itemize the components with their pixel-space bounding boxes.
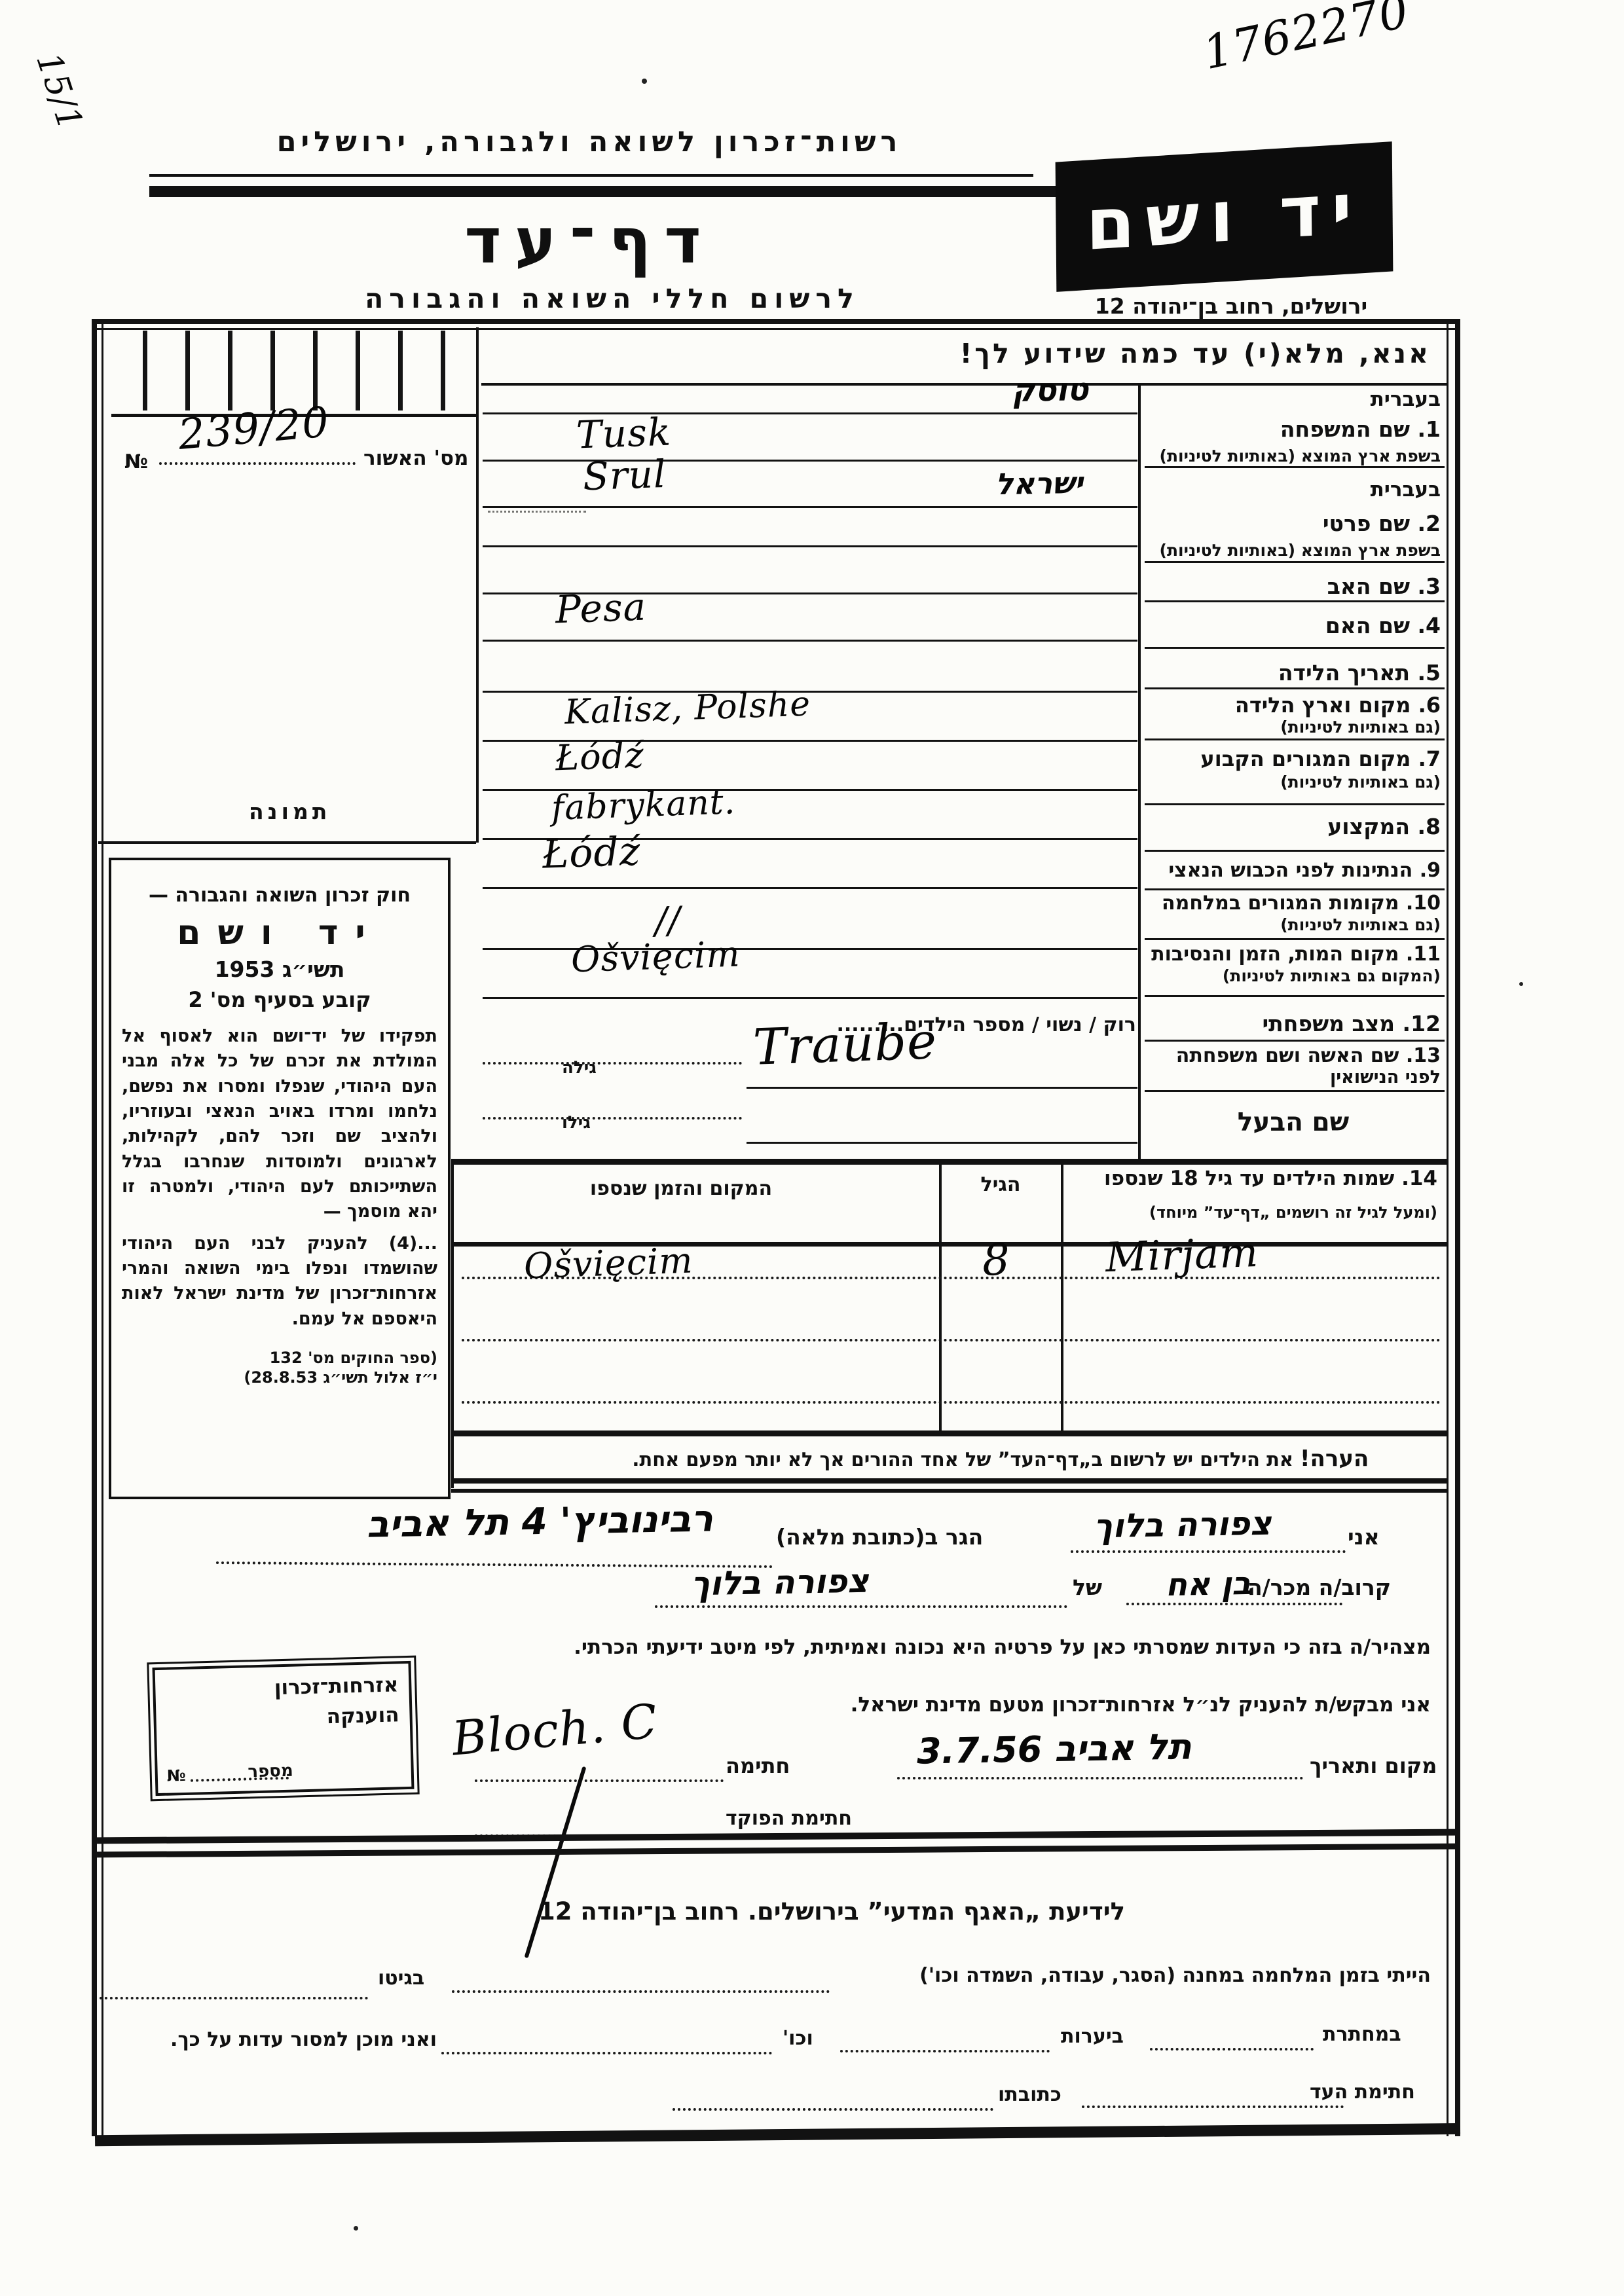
footer-underground-dotline [1150, 2048, 1314, 2050]
footer-ghetto-label: בגיטו [378, 1967, 424, 1990]
place-date-label: מקום ותאריך [1310, 1753, 1437, 1778]
label-separator [1145, 1090, 1445, 1092]
registrar-signature-label: חתימת הפוקד [726, 1807, 852, 1830]
witness-name-dotline [1071, 1550, 1346, 1553]
residence-entry: Łódź [555, 735, 645, 779]
stamp-line2: הוענקה [326, 1703, 399, 1728]
child-death-place-entry: Ošvięcim [523, 1240, 693, 1287]
entry-line [483, 545, 1137, 547]
photo-placeholder-label: תמונה [249, 799, 331, 824]
mother-name-entry: Pesa [555, 585, 647, 632]
declaration-i-label: אני [1348, 1524, 1380, 1550]
registrar-slash-mark [525, 1766, 587, 1958]
field9-label: 9. הנתינות לפני הכבוש הנאצי [1146, 859, 1441, 882]
law-year: תשי״ג 1953 [111, 957, 448, 982]
corner-scribble: 15/1 [28, 48, 90, 135]
declaration-statement: מצהיר/ה בזה כי העדות שמסרתי כאן על פרטיה… [462, 1635, 1431, 1659]
footer-title: לידיעת „האגף המדעי” בירושלים. רחוב בן־יה… [393, 1897, 1270, 1925]
law-source-line2: י״ז אלול תשי״ג 28.8.53) [122, 1368, 437, 1387]
law-title: חוק זכרון השואה והגבורה — [120, 884, 439, 907]
family-name-latin-entry: Tusk [576, 409, 672, 457]
child-age-entry: 8 [982, 1234, 1012, 1285]
victim-name-dotline [655, 1605, 1067, 1608]
children-table-top [451, 1159, 1447, 1165]
family-name-hebrew-entry: טוסק [1012, 371, 1089, 409]
label-separator [1145, 738, 1445, 740]
law-excerpt-box: חוק זכרון השואה והגבורה — יד ושם תשי״ג 1… [109, 858, 451, 1499]
note-bottom-rule-outer [451, 1478, 1447, 1484]
yad-vashem-logo-text: יד ושם [1086, 168, 1363, 266]
photo-box-bottom [98, 841, 476, 844]
field2-label: 2. שם פרטי [1146, 511, 1441, 536]
scan-speck [1519, 982, 1523, 986]
signature-dotline [475, 1779, 724, 1782]
children-table-left [451, 1159, 454, 1488]
children-age-column-header: הגיל [943, 1173, 1058, 1196]
place-date-dotline [897, 1777, 1303, 1779]
form-title: דף־עד [419, 204, 760, 278]
entry-line [483, 460, 1137, 462]
frame-right-inner [1447, 319, 1449, 2136]
witness-address-dotline [216, 1561, 773, 1568]
field11-sub-label: (המקום גם באותיות לטיניות) [1146, 966, 1441, 985]
birth-place-entry: Kalisz, Polshe [564, 684, 811, 732]
scan-speck [354, 2226, 358, 2231]
label-separator [1145, 600, 1445, 602]
law-source-line1: (ספר החוקים מס' 132 [122, 1349, 437, 1367]
note-bottom-rule-inner [451, 1489, 1447, 1493]
first-name-hebrew-entry: ישראל [995, 465, 1084, 501]
law-yad-vashem: יד ושם [111, 913, 448, 953]
footer-ghetto-dotline [100, 1997, 368, 1999]
field2-lang-label: בעברית [1146, 478, 1441, 501]
stray-mark [488, 511, 586, 513]
relation-entry: בן אח [1166, 1565, 1251, 1603]
field1-lang-label: בעברית [1146, 388, 1441, 411]
children-table-bottom [451, 1430, 1447, 1436]
form-subtitle: לרשום חללי השואה והגבורה [341, 283, 884, 314]
stamp-line1: אזרחות־זכרון [274, 1673, 398, 1700]
field7-label: 7. מקום המגורים הקבוע [1146, 746, 1441, 771]
footer-etc-dotline [441, 2052, 772, 2054]
place-date-entry: תל אביב 3.7.56 [916, 1726, 1192, 1772]
field7-sub-label: (גם באותיות לטיניות) [1146, 773, 1441, 792]
husband-name-label: שם הבעל [1146, 1108, 1441, 1137]
stamp-number-dotline [191, 1777, 289, 1782]
declaration-request: אני מבקש/ת להעניק לנ״ל אזרחות־זכרון מטעם… [753, 1693, 1431, 1717]
declaration-relative-label: קרוב/ה מכר/ה [1247, 1575, 1391, 1600]
label-separator [1145, 687, 1445, 689]
label-separator [1145, 888, 1445, 890]
declaration-resides-label: הגר ב(כתובת מלאה) [776, 1524, 983, 1550]
testimony-page-scan: 1762270 15/1 רשות־זכרון לשואה ולגבורה, י… [0, 0, 1624, 2296]
death-place-entry: Ošvięcim [570, 934, 741, 981]
footer-witness-signature-dotline [1082, 2105, 1344, 2108]
field4-label: 4. שם האם [1146, 613, 1441, 638]
label-separator [1145, 995, 1445, 997]
children-table-divider-age-left [939, 1159, 942, 1432]
label-separator [1145, 466, 1445, 468]
field6-label: 6. מקום וארץ הלידה [1146, 693, 1441, 718]
law-clause-line: קובע בסעיף מס' 2 [111, 987, 448, 1012]
signature-label: חתימה [726, 1753, 790, 1778]
note-label: הערה! [1300, 1446, 1369, 1472]
occupation-entry: fabrykant. [551, 782, 736, 828]
perforation-marks [143, 331, 483, 410]
footer-witness-address-dotline [673, 2108, 993, 2111]
field12-label: 12. מצב משפחתי [1146, 1011, 1441, 1036]
husband-name-line [747, 1142, 1137, 1144]
field11-label: 11. מקום המות, הזמן והנסיבות [1146, 943, 1441, 966]
first-name-latin-entry: Srul [582, 452, 667, 499]
field14-sub-label: (ומעל לגיל זה רושמים „דף־עד” מיוחד) [1077, 1203, 1437, 1222]
scan-speck [642, 79, 647, 84]
entry-line [483, 640, 1137, 642]
logo-address: ירושלים, רחוב בן־יהודה 12 [1067, 293, 1395, 319]
child-name-entry: Mirjam [1105, 1228, 1259, 1281]
entry-label-divider [1138, 386, 1141, 1159]
entry-line [483, 887, 1137, 889]
label-separator [1145, 938, 1445, 940]
entry-line [483, 506, 1137, 508]
label-separator [1145, 647, 1445, 649]
label-separator [1145, 850, 1445, 852]
frame-top-outer [92, 319, 1460, 324]
approval-number-dotline [159, 462, 356, 465]
her-age-dotline [483, 1062, 742, 1065]
wife-name-line [747, 1087, 1137, 1089]
field13-label: 13. שם האשה ושם משפחתה [1146, 1044, 1441, 1067]
memorial-citizenship-stamp-box: אזרחות־זכרון הוענקה מספר № [153, 1661, 415, 1796]
his-age-label: גילו [562, 1113, 591, 1133]
field10-label: 10. מקומות המגורים במלחמה [1146, 892, 1441, 915]
approval-number-label: מס' האשור [363, 446, 468, 470]
frame-left-outer [92, 319, 97, 2136]
label-separator [1145, 803, 1445, 805]
footer-forests-dotline [840, 2050, 1050, 2052]
law-clause4-text: ...(4) להעניק לבני העם היהודי שהושמדו ונ… [122, 1231, 437, 1332]
his-age-dotline [483, 1117, 742, 1120]
instruction-underline [481, 383, 1447, 386]
children-place-column-header: המקום והזמן שנספו [498, 1177, 864, 1200]
field8-label: 8. המקצוע [1146, 814, 1441, 839]
section-divider-rule-outer [97, 1829, 1456, 1844]
witness-name-entry: צפורה בלוך [1094, 1504, 1272, 1546]
scan-number-handwriting: 1762270 [1198, 0, 1414, 80]
declaration-of-label: של [1073, 1575, 1102, 1600]
authority-title: רשות־זכרון לשואה ולגבורה, ירושלים [147, 126, 1031, 158]
label-separator [1145, 561, 1445, 563]
children-table-divider-age-right [1061, 1159, 1063, 1432]
her-age-label: גילה [562, 1058, 597, 1078]
header-underline-thin [149, 174, 1033, 177]
field3-label: 3. שם האב [1146, 574, 1441, 599]
children-row-dotline [462, 1339, 1441, 1341]
entry-line [483, 997, 1137, 999]
field2-sub-label: בשפת ארץ המוצא (באותיות לטיניות) [1146, 541, 1441, 560]
frame-right-outer [1455, 319, 1460, 2136]
footer-etc-label: וכו' [783, 2027, 813, 2050]
relation-dotline [1126, 1603, 1342, 1605]
yad-vashem-logo: יד ושם [1056, 141, 1393, 292]
victim-name-entry: צפורה בלוך [691, 1562, 869, 1603]
footer-camps-label: הייתי בזמן המלחמה במחנה (הסגר, עבודה, הש… [855, 1964, 1431, 1987]
fill-in-instruction: אנא, מלא(י) עד כמה שידוע לך! [825, 338, 1431, 369]
frame-left-inner [101, 319, 103, 2136]
field10-sub-label: (גם באותיות לטיניות) [1146, 915, 1441, 934]
witness-signature-entry: Bloch. C [450, 1693, 660, 1766]
label-separator [1145, 1040, 1445, 1042]
stamp-numero-sign: № [166, 1766, 186, 1785]
citizenship-entry: Łódź [542, 828, 642, 877]
header-underline-thick [149, 186, 1096, 197]
footer-witness-signature-label: חתימת העד [1310, 2081, 1415, 2104]
field1-label: 1. שם המשפחה [1146, 416, 1441, 442]
footer-forests-label: ביערות [1061, 2025, 1124, 2048]
field1-sub-label: בשפת ארץ המוצא (באותיות לטיניות) [1146, 446, 1441, 465]
frame-top-inner [92, 328, 1460, 330]
field6-sub-label: (גם באותיות לטיניות) [1146, 718, 1441, 737]
note-text: את הילדים יש לרשום ב„דף־העד” של אחד ההור… [491, 1448, 1293, 1470]
section-divider-rule-inner [97, 1844, 1456, 1858]
law-body-text: תפקידו של יד־ושם הוא לאסוף אל המולדת את … [122, 1024, 437, 1225]
field5-label: 5. תאריך הלידה [1146, 660, 1441, 685]
footer-camp-dotline [452, 1990, 830, 1993]
footer-underground-label: במחתרת [1323, 2023, 1401, 2046]
field14-label: 14. שמות הילדים עד גיל 18 שנספו [1077, 1167, 1437, 1190]
field13-sub-label: לפני הנישואין [1146, 1067, 1441, 1087]
frame-bottom [95, 2123, 1460, 2146]
wife-name-entry: Traube [752, 1011, 938, 1076]
footer-testify-label: ואני מוכן למסור עדות על כך. [100, 2028, 437, 2051]
numero-sign: № [124, 450, 148, 473]
witness-address-entry: רבינוביץ' 4 תל אביב [366, 1497, 713, 1546]
footer-witness-address-label: כתובתו [998, 2083, 1061, 2106]
children-row-dotline [462, 1401, 1441, 1404]
